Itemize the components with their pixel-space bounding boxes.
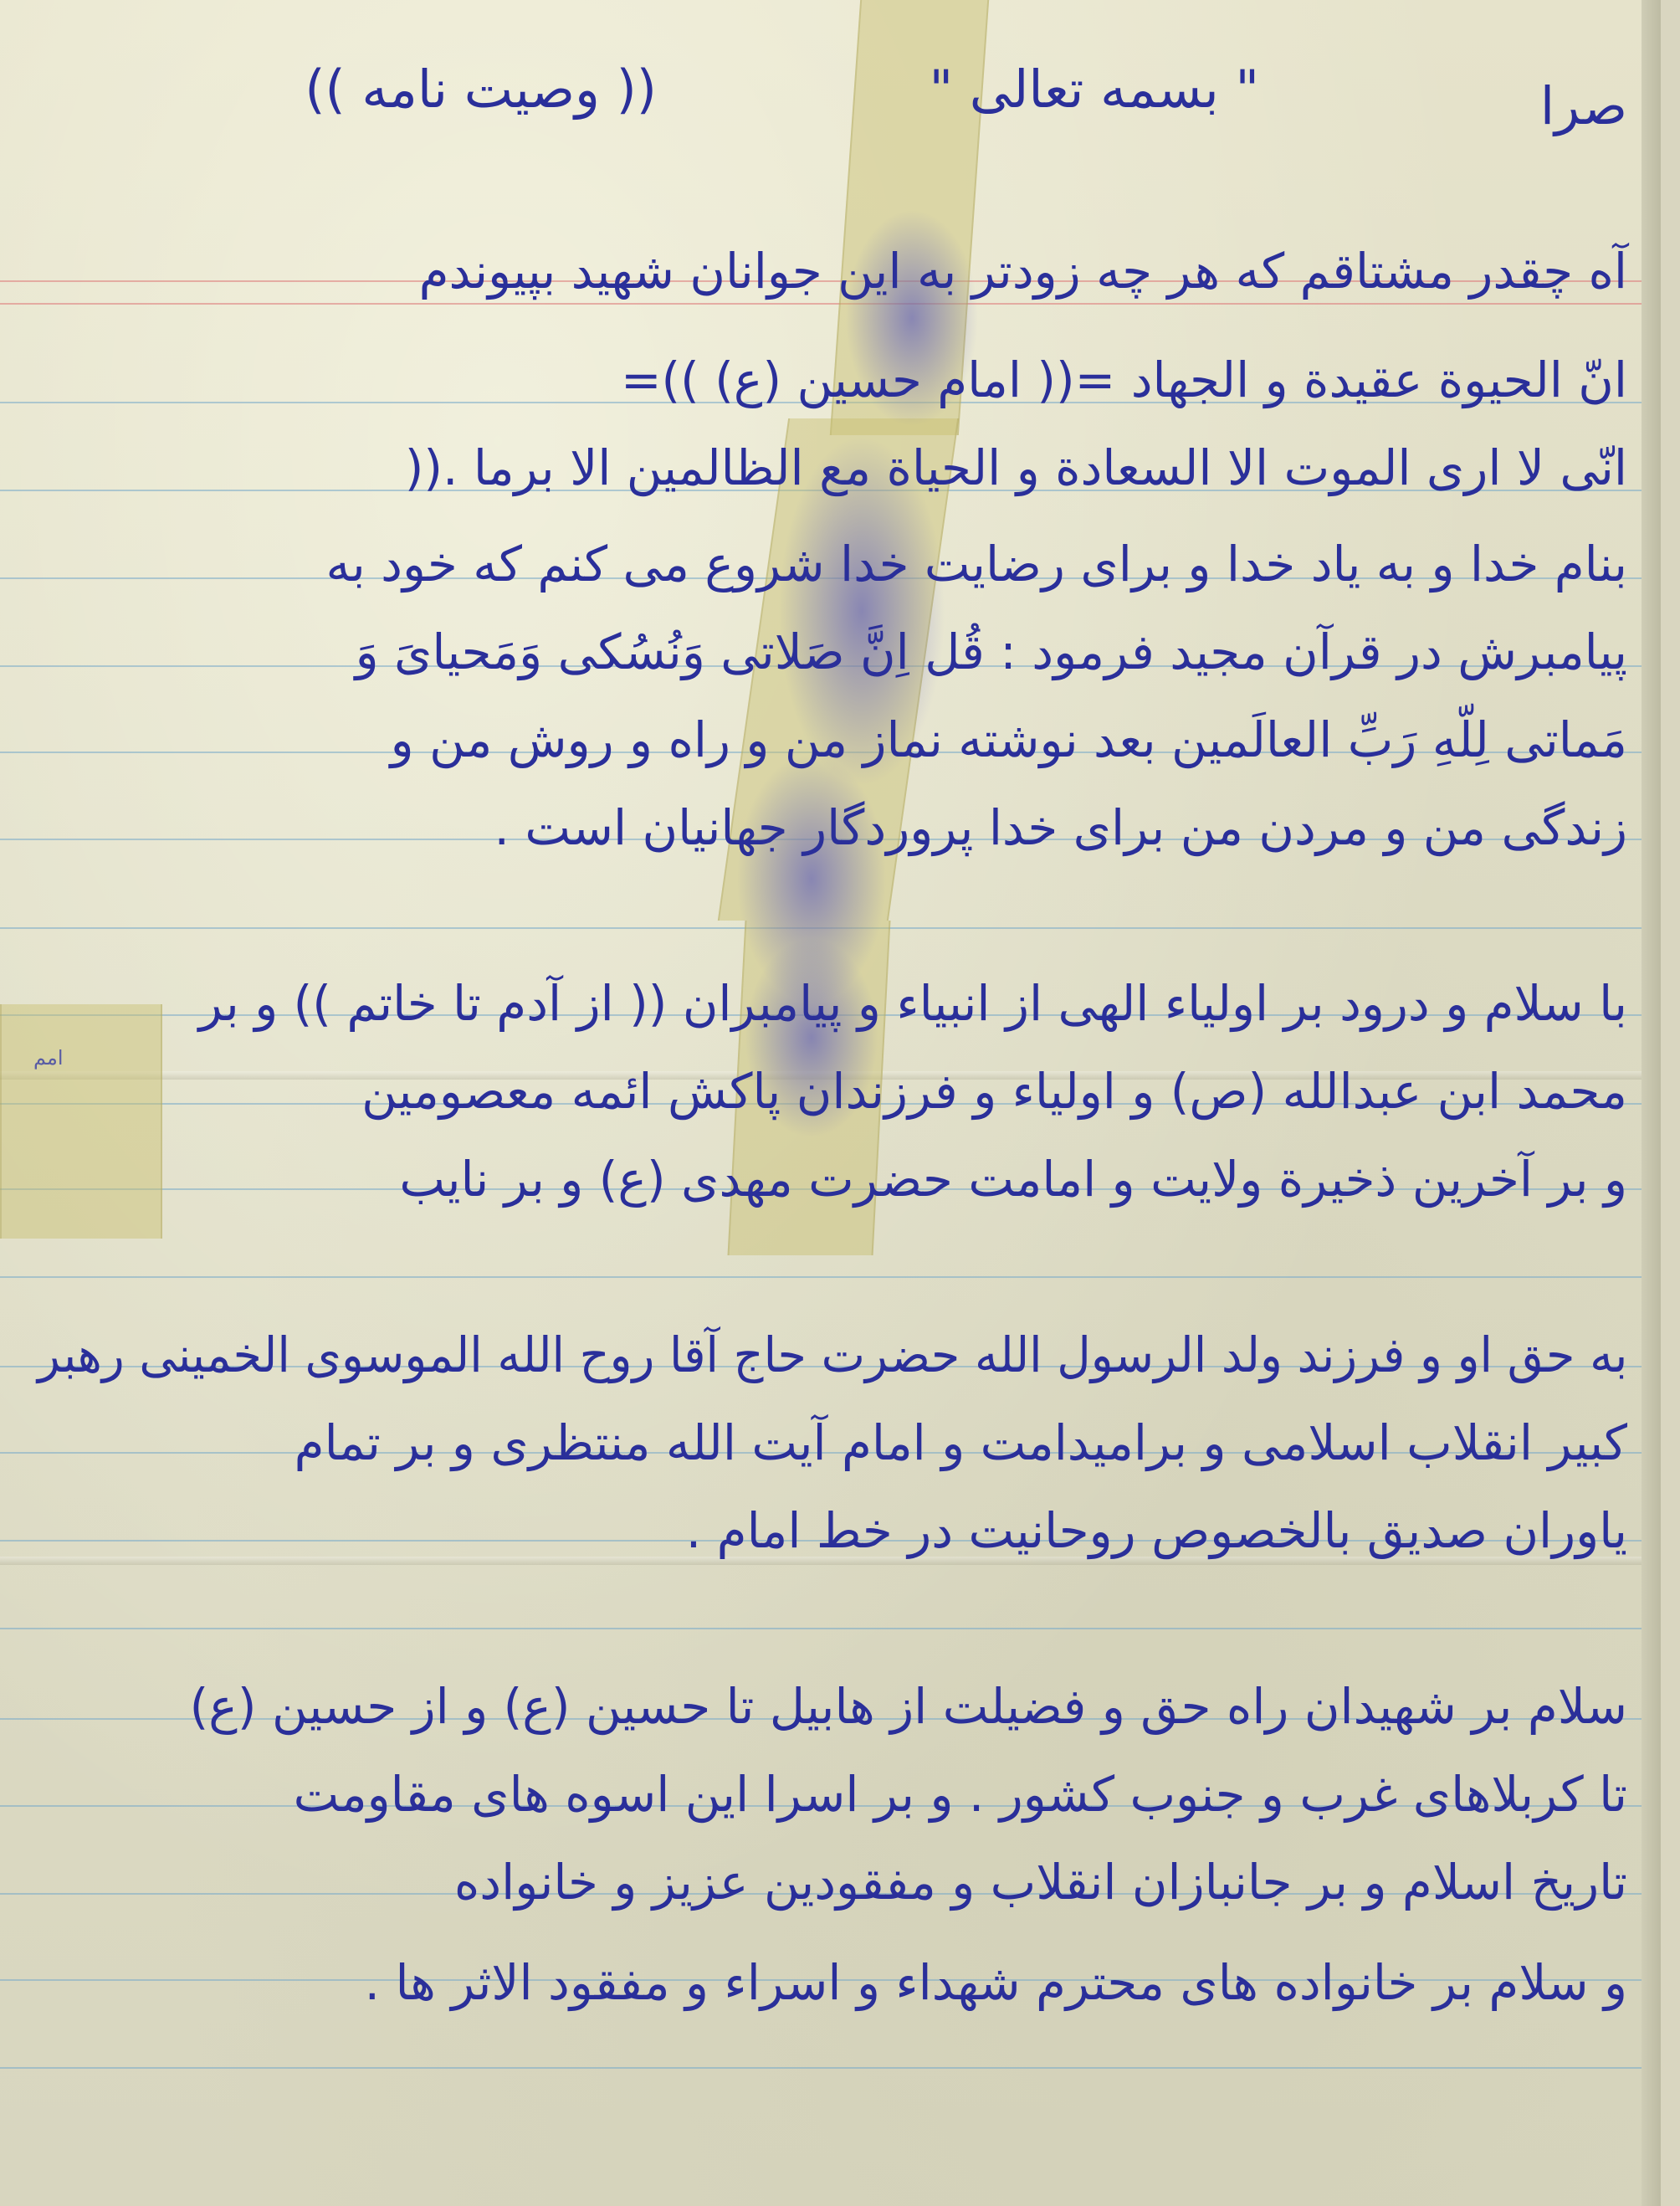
body-line-9: محمد ابن عبدالله (ص) و اولیاء و فرزندان … (361, 1063, 1627, 1120)
body-line-4: بنام خدا و به یاد خدا و برای رضایت خدا ش… (325, 536, 1627, 593)
header-invocation: " بسمه تعالی " (930, 59, 1259, 120)
body-line-6: مَماتی لِلّهِ رَبِّ العالَمین بعد نوشته … (391, 711, 1627, 768)
header-left-mark: صرا (1540, 75, 1627, 136)
tape-strip (0, 1004, 162, 1239)
letter-page: صرا " بسمه تعالی " (( وصیت نامه )) آه چق… (0, 0, 1661, 2206)
body-line-8: با سلام و درود بر اولیاء الهی از انبیاء … (199, 975, 1627, 1032)
red-margin-rule (0, 303, 1661, 305)
page-edge (1642, 0, 1661, 2206)
ruled-line (0, 1276, 1661, 1278)
body-line-15: تا کربلاهای غرب و جنوب کشور . و بر اسرا … (294, 1766, 1627, 1823)
body-line-11: به حق او و فرزند ولد الرسول الله حضرت حا… (38, 1326, 1627, 1383)
ruled-line (0, 1628, 1661, 1629)
body-line-1: آه چقدر مشتاقم که هر چه زودتر به این جوا… (419, 243, 1627, 300)
body-line-10: و بر آخرین ذخیرة ولایت و امامت حضرت مهدی… (399, 1151, 1627, 1208)
body-line-14: سلام بر شهیدان راه حق و فضیلت از هابیل ت… (190, 1678, 1627, 1735)
header-title: (( وصیت نامه )) (305, 59, 657, 120)
margin-note: امم (33, 1046, 64, 1070)
body-line-12: کبیر انقلاب اسلامی و برامیدامت و امام آی… (295, 1414, 1627, 1471)
ruled-line (0, 2067, 1661, 2069)
body-line-3: انّی لا اری الموت الا السعادة و الحیاة م… (405, 439, 1627, 496)
body-line-7: زندگی من و مردن من برای خدا پروردگار جها… (494, 799, 1627, 856)
body-line-16: تاریخ اسلام و بر جانبازان انقلاب و مفقود… (454, 1854, 1627, 1911)
body-line-2: انّ الحیوة عقیدة و الجهاد =(( امام حسین … (621, 351, 1627, 408)
body-line-13: یاوران صدیق بالخصوص روحانیت در خط امام . (686, 1502, 1627, 1559)
body-line-5: پیامبرش در قرآن مجید فرمود : قُل اِنَّ ص… (356, 623, 1627, 680)
body-line-17: و سلام بر خانواده های محترم شهداء و اسرا… (365, 1954, 1627, 2011)
